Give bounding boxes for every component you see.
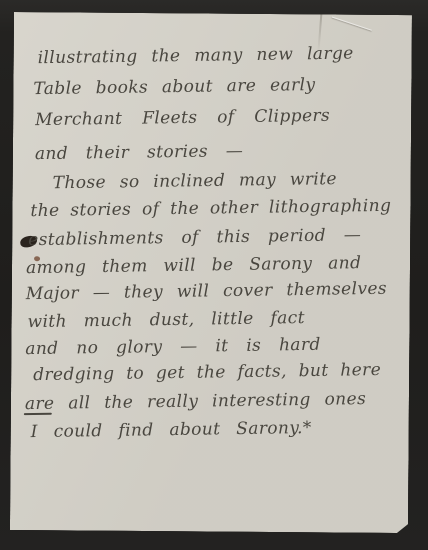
handwriting-line: Table books about are early bbox=[33, 75, 315, 99]
handwritten-text: illustrating the many new large Table bo… bbox=[10, 12, 412, 533]
paper-sheet: illustrating the many new large Table bo… bbox=[10, 12, 412, 533]
handwriting-line: establishments of this period — bbox=[28, 225, 361, 250]
handwriting-line: the stories of the other lithographing bbox=[30, 196, 391, 221]
handwriting-line: and their stories — bbox=[35, 141, 244, 164]
handwriting-line: with much dust, little fact bbox=[27, 308, 305, 332]
handwriting-line: I could find about Sarony.* bbox=[31, 418, 312, 442]
handwriting-line: Major — they will cover themselves bbox=[26, 279, 387, 304]
photo-background: illustrating the many new large Table bo… bbox=[0, 0, 428, 550]
handwriting-line: illustrating the many new large bbox=[37, 43, 353, 68]
handwriting-line: and no glory — it is hard bbox=[25, 335, 321, 359]
handwriting-line: dredging to get the facts, but here bbox=[33, 360, 381, 385]
handwriting-line: among them will be Sarony and bbox=[26, 253, 362, 278]
handwriting-line: Those so inclined may write bbox=[53, 169, 337, 193]
handwriting-line: are all the really interesting ones bbox=[25, 389, 367, 414]
handwriting-line: Merchant Fleets of Clippers bbox=[35, 106, 330, 130]
